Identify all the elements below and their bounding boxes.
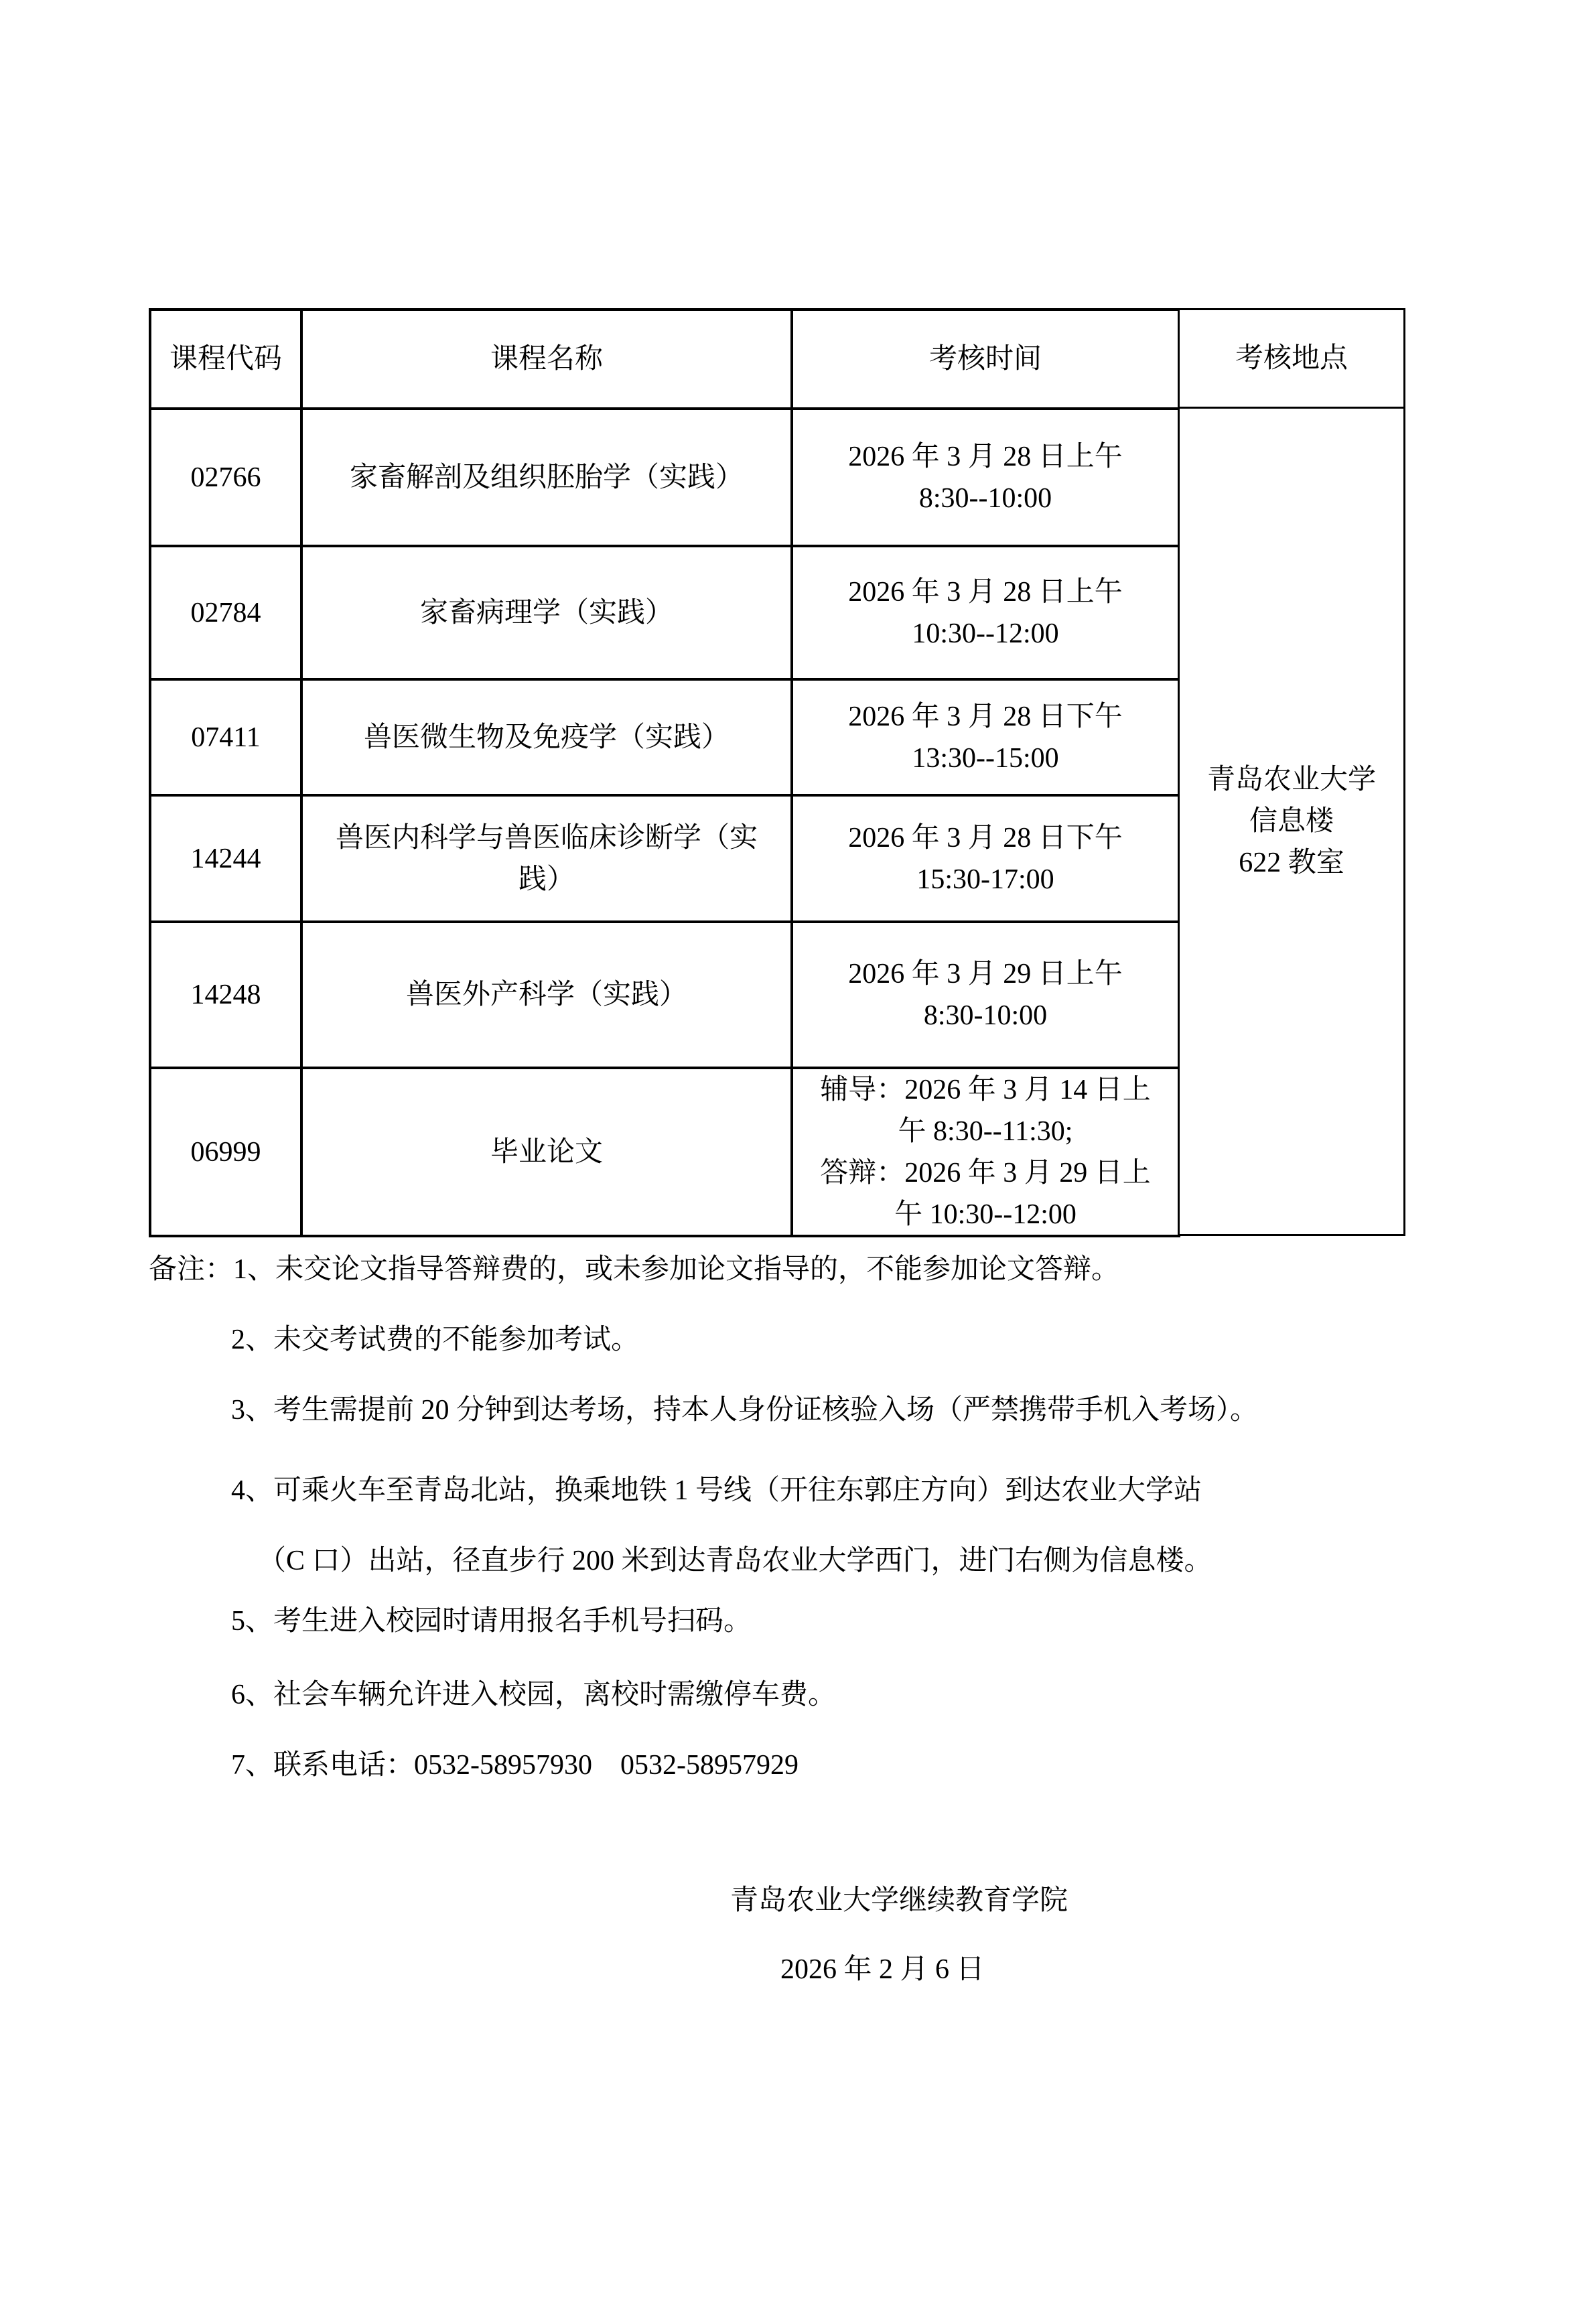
- note-item: 6、社会车辆允许进入校园，离校时需缴停车费。: [231, 1680, 836, 1710]
- tutoring-hours: 午 8:30--11:30;: [898, 1111, 1073, 1152]
- note-item: 5、考生进入校园时请用报名手机号扫码。: [231, 1606, 752, 1637]
- course-code: 07411: [191, 717, 260, 758]
- notes-label: 备注：: [149, 1254, 233, 1285]
- exam-date: 2026 年 3 月 28 日下午: [848, 696, 1123, 738]
- course-name: 毕业论文: [490, 1132, 603, 1173]
- exam-date: 2026 年 3 月 28 日下午: [848, 817, 1123, 859]
- table-row-6-code: 06999: [149, 1067, 303, 1237]
- location-room: 622 教室: [1239, 842, 1344, 884]
- exam-date: 2026 年 3 月 29 日上午: [848, 953, 1123, 995]
- table-row-1-code: 02766: [149, 407, 303, 547]
- table-row-2-code: 02784: [149, 545, 303, 681]
- table-row-3-code: 07411: [149, 678, 303, 797]
- header-exam-time: 考核时间: [790, 308, 1180, 410]
- header-label: 课程代码: [169, 338, 282, 380]
- table-row-4-time: 2026 年 3 月 28 日下午 15:30-17:00: [790, 794, 1180, 923]
- exam-hours: 8:30--10:00: [919, 478, 1052, 519]
- defense-date: 答辩：2026 年 3 月 29 日上: [820, 1152, 1151, 1194]
- location-building: 信息楼: [1249, 801, 1334, 842]
- table-row-5-code: 14248: [149, 920, 303, 1069]
- table-row-6-name: 毕业论文: [300, 1067, 793, 1237]
- note-line-4: 4、可乘火车至青岛北站，换乘地铁 1 号线（开往东郭庄方向）到达农业大学站: [231, 1474, 1202, 1507]
- location-university: 青岛农业大学: [1207, 759, 1376, 801]
- note-line-7-contact: 7、联系电话：0532-58957930 0532-58957929: [231, 1749, 799, 1782]
- note-item: 1、未交论文指导答辩费的，或未参加论文指导的，不能参加论文答辩。: [233, 1254, 1119, 1285]
- table-row-1-time: 2026 年 3 月 28 日上午 8:30--10:00: [790, 407, 1180, 547]
- course-name: 家畜病理学（实践）: [420, 592, 673, 634]
- header-exam-location: 考核地点: [1178, 308, 1405, 409]
- note-line-5: 5、考生进入校园时请用报名手机号扫码。: [231, 1604, 752, 1638]
- course-name: 家畜解剖及组织胚胎学（实践）: [350, 457, 744, 498]
- course-code: 14248: [191, 974, 261, 1016]
- defense-hours: 午 10:30--12:00: [894, 1194, 1077, 1235]
- table-row-3-name: 兽医微生物及免疫学（实践）: [300, 678, 793, 797]
- table-row-5-name: 兽医外产科学（实践）: [300, 920, 793, 1069]
- table-row-6-time: 辅导：2026 年 3 月 14 日上 午 8:30--11:30; 答辩：20…: [790, 1067, 1180, 1237]
- note-line-4-continued: （C 口）出站，径直步行 200 米到达青岛农业大学西门，进门右侧为信息楼。: [258, 1544, 1212, 1578]
- note-item: 4、可乘火车至青岛北站，换乘地铁 1 号线（开往东郭庄方向）到达农业大学站: [231, 1475, 1202, 1506]
- header-label: 课程名称: [490, 338, 603, 380]
- table-row-2-name: 家畜病理学（实践）: [300, 545, 793, 681]
- issue-date: 2026 年 2 月 6 日: [780, 1953, 985, 1986]
- course-name-continued: 践）: [518, 859, 575, 900]
- note-line-3: 3、考生需提前 20 分钟到达考场，持本人身份证核验入场（严禁携带手机入考场）。: [231, 1393, 1258, 1427]
- course-code: 02766: [191, 457, 261, 498]
- course-name: 兽医内科学与兽医临床诊断学（实: [336, 817, 758, 859]
- table-row-3-time: 2026 年 3 月 28 日下午 13:30--15:00: [790, 678, 1180, 797]
- course-name: 兽医外产科学（实践）: [406, 974, 687, 1016]
- note-line-6: 6、社会车辆允许进入校园，离校时需缴停车费。: [231, 1678, 836, 1712]
- course-name: 兽医微生物及免疫学（实践）: [364, 717, 730, 758]
- document-page: 课程代码 课程名称 考核时间 考核地点 02766 家畜解剖及组织胚胎学（实践）…: [0, 0, 1595, 2324]
- header-course-name: 课程名称: [300, 308, 793, 410]
- note-item: 3、考生需提前 20 分钟到达考场，持本人身份证核验入场（严禁携带手机入考场）。: [231, 1395, 1258, 1426]
- table-row-4-name: 兽医内科学与兽医临床诊断学（实 践）: [300, 794, 793, 923]
- table-row-5-time: 2026 年 3 月 29 日上午 8:30-10:00: [790, 920, 1180, 1069]
- exam-schedule-table: 课程代码 课程名称 考核时间 考核地点 02766 家畜解剖及组织胚胎学（实践）…: [149, 308, 1405, 1236]
- header-course-code: 课程代码: [149, 308, 303, 410]
- note-line-2: 2、未交考试费的不能参加考试。: [231, 1323, 639, 1357]
- table-row-1-name: 家畜解剖及组织胚胎学（实践）: [300, 407, 793, 547]
- exam-hours: 15:30-17:00: [916, 859, 1054, 900]
- exam-location-cell: 青岛农业大学 信息楼 622 教室: [1178, 407, 1405, 1236]
- header-label: 考核地点: [1235, 338, 1348, 379]
- exam-date: 2026 年 3 月 28 日上午: [848, 571, 1123, 613]
- note-item: 2、未交考试费的不能参加考试。: [231, 1324, 639, 1355]
- note-item: 7、联系电话：0532-58957930 0532-58957929: [231, 1750, 799, 1781]
- issuing-organization: 青岛农业大学继续教育学院: [730, 1884, 1068, 1917]
- note-line-1: 备注：1、未交论文指导答辩费的，或未参加论文指导的，不能参加论文答辩。: [149, 1253, 1119, 1286]
- course-code: 02784: [191, 592, 261, 634]
- header-label: 考核时间: [929, 338, 1042, 380]
- table-row-2-time: 2026 年 3 月 28 日上午 10:30--12:00: [790, 545, 1180, 681]
- course-code: 06999: [191, 1132, 261, 1173]
- exam-hours: 13:30--15:00: [912, 738, 1058, 779]
- tutoring-date: 辅导：2026 年 3 月 14 日上: [820, 1069, 1151, 1111]
- note-item: （C 口）出站，径直步行 200 米到达青岛农业大学西门，进门右侧为信息楼。: [258, 1546, 1212, 1576]
- exam-date: 2026 年 3 月 28 日上午: [848, 436, 1123, 478]
- course-code: 14244: [191, 838, 261, 880]
- exam-hours: 10:30--12:00: [912, 613, 1058, 655]
- table-row-4-code: 14244: [149, 794, 303, 923]
- exam-hours: 8:30-10:00: [924, 995, 1047, 1036]
